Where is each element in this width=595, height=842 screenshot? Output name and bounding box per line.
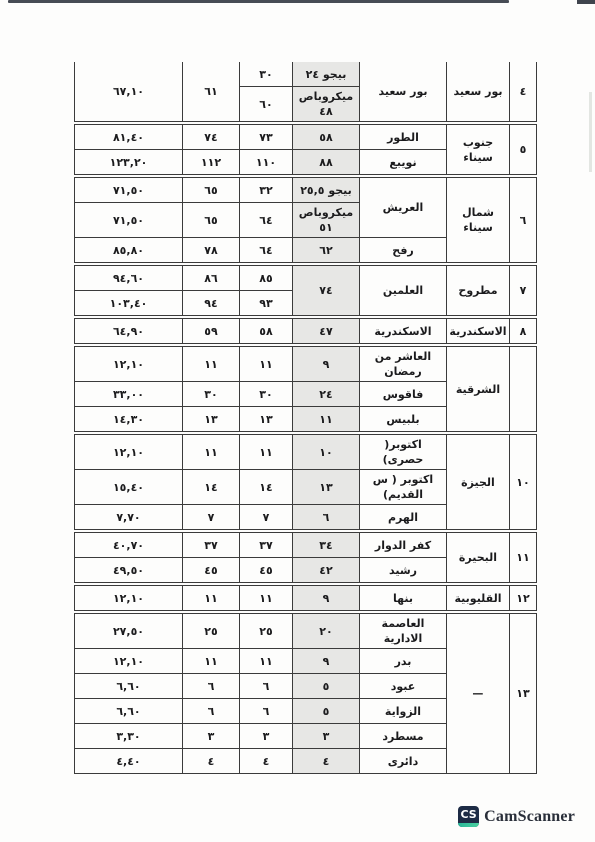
cell-n2: ٧٨: [183, 238, 240, 263]
cell-n2: ٦٥: [183, 203, 240, 238]
cell-gov: شمال سيناء: [447, 178, 510, 263]
camscanner-icon-strip: [458, 823, 479, 827]
cell-fare: ١٢,١٠: [75, 347, 183, 382]
cell-no: ١٢: [510, 586, 537, 611]
cell-n1: ٩٣: [240, 291, 293, 316]
cell-veh: ٥: [293, 674, 360, 699]
table-row: ١٠الجيزةاكتوبر( حصرى)١٠١١١١١٢,١٠: [75, 435, 537, 470]
cell-n1: ٣: [240, 724, 293, 749]
cell-n2: ٦١: [183, 62, 240, 122]
cell-city: العلمين: [360, 266, 447, 316]
cell-veh: ميكروباص ٤٨: [293, 87, 360, 122]
cell-gov: الاسكندرية: [447, 319, 510, 344]
cell-no: ٨: [510, 319, 537, 344]
fare-table-group-10: ١٣—العاصمة الادارية٢٠٢٥٢٥٢٧,٥٠بدر٩١١١١١٢…: [74, 613, 537, 774]
cell-fare: ١٠٣,٤٠: [75, 291, 183, 316]
cell-fare: ١٥,٤٠: [75, 470, 183, 505]
cell-city: بلبيس: [360, 407, 447, 432]
cell-n1: ١٤: [240, 470, 293, 505]
cell-veh: بيجو ٢٥,٥: [293, 178, 360, 203]
cell-no: ٦: [510, 178, 537, 263]
cell-fare: ٧,٧٠: [75, 505, 183, 530]
cell-city: نويبع: [360, 150, 447, 175]
scan-edge-artifact: [8, 0, 509, 3]
cell-fare: ١٤,٣٠: [75, 407, 183, 432]
cell-no: ١٣: [510, 614, 537, 774]
cell-fare: ٧١,٥٠: [75, 203, 183, 238]
cell-n2: ١١: [183, 435, 240, 470]
cell-n1: ٣٠: [240, 62, 293, 87]
cell-no: [510, 347, 537, 432]
cell-gov: البحيرة: [447, 533, 510, 583]
cell-gov: الشرقية: [447, 347, 510, 432]
cell-n1: ١١: [240, 435, 293, 470]
cell-fare: ٨٥,٨٠: [75, 238, 183, 263]
cell-fare: ٦,٦٠: [75, 699, 183, 724]
cell-n2: ٦٥: [183, 178, 240, 203]
fare-table-group-4: ٧مطروحالعلمين٧٤٨٥٨٦٩٤,٦٠٩٣٩٤١٠٣,٤٠: [74, 265, 537, 316]
cell-veh: ٦٢: [293, 238, 360, 263]
cell-n1: ٦٤: [240, 203, 293, 238]
cell-fare: ١٢,١٠: [75, 435, 183, 470]
cell-veh: ٨٨: [293, 150, 360, 175]
cell-n1: ٦٠: [240, 87, 293, 122]
fare-table-group-3: ٦شمال سيناءالعريشبيجو ٢٥,٥٣٢٦٥٧١,٥٠ميكرو…: [74, 177, 537, 263]
fare-table-group-7: ١٠الجيزةاكتوبر( حصرى)١٠١١١١١٢,١٠اكتوبر (…: [74, 434, 537, 530]
cell-fare: ٧١,٥٠: [75, 178, 183, 203]
cell-city: الاسكندرية: [360, 319, 447, 344]
cell-fare: ٦٤,٩٠: [75, 319, 183, 344]
cell-city: بدر: [360, 649, 447, 674]
cell-city: رفح: [360, 238, 447, 263]
cell-n1: ١١: [240, 586, 293, 611]
table-row: ٧مطروحالعلمين٧٤٨٥٨٦٩٤,٦٠: [75, 266, 537, 291]
cell-n1: ٣٠: [240, 382, 293, 407]
cell-no: ١٠: [510, 435, 537, 530]
cell-gov: الجيزة: [447, 435, 510, 530]
camscanner-logo-icon: CS: [458, 806, 479, 827]
cell-n2: ٦: [183, 699, 240, 724]
table-row: الشرقيةالعاشر من رمضان٩١١١١١٢,١٠: [75, 347, 537, 382]
cell-fare: ٤,٤٠: [75, 749, 183, 774]
cell-n2: ٤٥: [183, 558, 240, 583]
cell-veh: ٤٢: [293, 558, 360, 583]
cell-veh: ٢٤: [293, 382, 360, 407]
cell-veh: ميكروباص ٥١: [293, 203, 360, 238]
cell-veh: ١١: [293, 407, 360, 432]
cell-n2: ١١: [183, 649, 240, 674]
cell-n1: ٢٥: [240, 614, 293, 649]
cell-city: بور سعيد: [360, 62, 447, 122]
fare-table-group-1: ٤بور سعيدبور سعيدبيجو ٢٤٣٠٦١٦٧,١٠ميكروبا…: [74, 62, 537, 122]
cell-n2: ٩٤: [183, 291, 240, 316]
cell-n1: ٦: [240, 674, 293, 699]
cell-city: اكتوبر( حصرى): [360, 435, 447, 470]
cell-veh: ١٠: [293, 435, 360, 470]
cell-city: رشيد: [360, 558, 447, 583]
cell-veh: ٧٤: [293, 266, 360, 316]
cell-n2: ١٤: [183, 470, 240, 505]
cell-n2: ٦: [183, 674, 240, 699]
cell-city: الزواية: [360, 699, 447, 724]
cell-n2: ١١: [183, 586, 240, 611]
cell-veh: ٢٠: [293, 614, 360, 649]
cell-veh: ٦: [293, 505, 360, 530]
cell-veh: ٣: [293, 724, 360, 749]
cell-n2: ١١: [183, 347, 240, 382]
fare-table-group-6: الشرقيةالعاشر من رمضان٩١١١١١٢,١٠فاقوس٢٤٣…: [74, 346, 537, 432]
cell-veh: ٤: [293, 749, 360, 774]
cell-n2: ٨٦: [183, 266, 240, 291]
scanned-page: { "table": { "groups": [ { "no": "٤", "g…: [0, 0, 595, 842]
cell-n1: ١٣: [240, 407, 293, 432]
cell-veh: ٣٤: [293, 533, 360, 558]
cell-fare: ٩٤,٦٠: [75, 266, 183, 291]
table-row: ١٢القليوبيةبنها٩١١١١١٢,١٠: [75, 586, 537, 611]
fare-table: ٤بور سعيدبور سعيدبيجو ٢٤٣٠٦١٦٧,١٠ميكروبا…: [75, 62, 537, 776]
cell-gov: جنوب سيناء: [447, 125, 510, 175]
cell-city: دائرى: [360, 749, 447, 774]
cell-fare: ٦٧,١٠: [75, 62, 183, 122]
table-row: ٨الاسكندريةالاسكندرية٤٧٥٨٥٩٦٤,٩٠: [75, 319, 537, 344]
cell-n2: ٣٧: [183, 533, 240, 558]
cell-n1: ٤: [240, 749, 293, 774]
cell-fare: ١٢,١٠: [75, 649, 183, 674]
cell-n1: ٨٥: [240, 266, 293, 291]
cell-n2: ٢٥: [183, 614, 240, 649]
scan-edge-artifact-right: [577, 0, 595, 4]
cell-n1: ٧: [240, 505, 293, 530]
cell-city: فاقوس: [360, 382, 447, 407]
cell-gov: بور سعيد: [447, 62, 510, 122]
cell-no: ١١: [510, 533, 537, 583]
cell-n1: ٦٤: [240, 238, 293, 263]
cell-n2: ٣: [183, 724, 240, 749]
cell-no: ٥: [510, 125, 537, 175]
cell-city: الطور: [360, 125, 447, 150]
cell-city: العاصمة الادارية: [360, 614, 447, 649]
cell-n1: ١١: [240, 347, 293, 382]
cell-n2: ٣٠: [183, 382, 240, 407]
cell-n1: ٣٢: [240, 178, 293, 203]
cell-n2: ١١٢: [183, 150, 240, 175]
cell-n2: ١٣: [183, 407, 240, 432]
cell-n2: ٧: [183, 505, 240, 530]
table-row: ٦شمال سيناءالعريشبيجو ٢٥,٥٣٢٦٥٧١,٥٠: [75, 178, 537, 203]
table-row: ٥جنوب سيناءالطور٥٨٧٣٧٤٨١,٤٠: [75, 125, 537, 150]
table-row: ١١البحيرةكفر الدوار٣٤٣٧٣٧٤٠,٧٠: [75, 533, 537, 558]
cell-fare: ٤٠,٧٠: [75, 533, 183, 558]
cell-veh: ٤٧: [293, 319, 360, 344]
cell-city: الهرم: [360, 505, 447, 530]
cell-city: كفر الدوار: [360, 533, 447, 558]
cell-city: اكتوبر ( س القديم): [360, 470, 447, 505]
cell-gov: القليوبية: [447, 586, 510, 611]
cell-no: ٧: [510, 266, 537, 316]
cell-n1: ٦: [240, 699, 293, 724]
cell-n2: ٤: [183, 749, 240, 774]
cell-n1: ٤٥: [240, 558, 293, 583]
cell-veh: ٥: [293, 699, 360, 724]
cell-city: مسطرد: [360, 724, 447, 749]
fare-table-group-2: ٥جنوب سيناءالطور٥٨٧٣٧٤٨١,٤٠نويبع٨٨١١٠١١٢…: [74, 124, 537, 175]
camscanner-brand-text: CamScanner: [484, 808, 575, 826]
cell-veh: ٥٨: [293, 125, 360, 150]
cell-fare: ٢٧,٥٠: [75, 614, 183, 649]
cell-n1: ١١٠: [240, 150, 293, 175]
cell-veh: ٩: [293, 649, 360, 674]
cell-n1: ٧٣: [240, 125, 293, 150]
table-row: ١٣—العاصمة الادارية٢٠٢٥٢٥٢٧,٥٠: [75, 614, 537, 649]
cell-n1: ١١: [240, 649, 293, 674]
cell-fare: ٣٣,٠٠: [75, 382, 183, 407]
cell-city: عبود: [360, 674, 447, 699]
cell-fare: ٣,٣٠: [75, 724, 183, 749]
cell-veh: ٩: [293, 347, 360, 382]
scan-streak-artifact: [589, 92, 592, 172]
camscanner-footer: CS CamScanner: [458, 806, 575, 827]
cell-fare: ٦,٦٠: [75, 674, 183, 699]
cell-n1: ٥٨: [240, 319, 293, 344]
cell-city: العاشر من رمضان: [360, 347, 447, 382]
table-row: ٤بور سعيدبور سعيدبيجو ٢٤٣٠٦١٦٧,١٠: [75, 62, 537, 87]
cell-gov: —: [447, 614, 510, 774]
fare-table-group-5: ٨الاسكندريةالاسكندرية٤٧٥٨٥٩٦٤,٩٠: [74, 318, 537, 344]
cell-n2: ٥٩: [183, 319, 240, 344]
cell-no: ٤: [510, 62, 537, 122]
cell-city: العريش: [360, 178, 447, 238]
cell-veh: ٩: [293, 586, 360, 611]
fare-table-group-9: ١٢القليوبيةبنها٩١١١١١٢,١٠: [74, 585, 537, 611]
camscanner-icon-letters: CS: [458, 806, 479, 824]
fare-table-group-8: ١١البحيرةكفر الدوار٣٤٣٧٣٧٤٠,٧٠رشيد٤٢٤٥٤٥…: [74, 532, 537, 583]
cell-fare: ١٢,١٠: [75, 586, 183, 611]
cell-n1: ٣٧: [240, 533, 293, 558]
cell-fare: ٨١,٤٠: [75, 125, 183, 150]
cell-fare: ٤٩,٥٠: [75, 558, 183, 583]
cell-gov: مطروح: [447, 266, 510, 316]
cell-veh: ١٣: [293, 470, 360, 505]
cell-veh: بيجو ٢٤: [293, 62, 360, 87]
cell-city: بنها: [360, 586, 447, 611]
cell-n2: ٧٤: [183, 125, 240, 150]
cell-fare: ١٢٣,٢٠: [75, 150, 183, 175]
